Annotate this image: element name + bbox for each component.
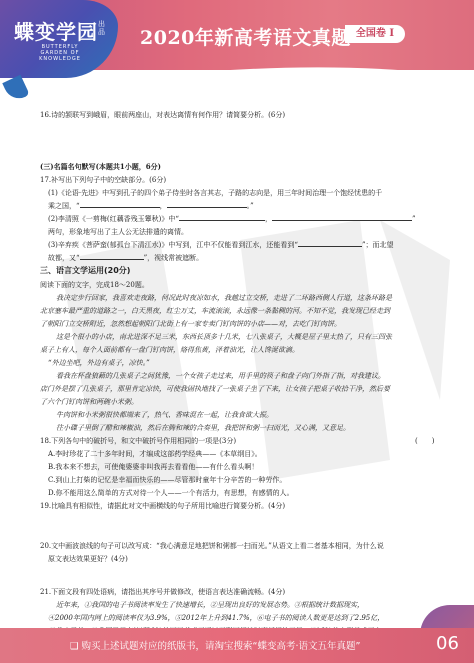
exam-paper-badge: 全国卷 I xyxy=(345,25,405,43)
passage-line: 牛肉饼和小米粥很快都端来了，热气、香味混在一起，让我食欲大振。 xyxy=(56,409,273,422)
answer-blank[interactable] xyxy=(80,252,144,260)
question-17: 17.补写出下列句子中的空缺部分。(6分) xyxy=(40,174,166,187)
q17-2-suffix: ” xyxy=(412,215,416,223)
reading-instruction: 阅读下面的文字，完成18～20题。 xyxy=(40,279,149,292)
question-16: 16.诗的颔联写到峨眉，眼前两座山，对表达离情有何作用？请简要分析。(6分) xyxy=(40,109,285,122)
answer-blank[interactable] xyxy=(272,213,412,221)
brand-logo-en-line2: GARDEN OF KNOWLEDGE xyxy=(30,50,90,62)
passage-line: 看我在杯盘狼藉的几张桌子之间犹豫，一个女孩子走过来，用手里的筷子和盘子向门外指了… xyxy=(56,370,385,383)
answer-blank[interactable] xyxy=(179,213,265,221)
option-a: A.李时珍花了二十多年时间，才编成这部药学经典——《本草纲目》。 xyxy=(48,448,262,461)
q17-2-sep: ， xyxy=(265,215,272,223)
brand-logo-text: 蝶变学园 xyxy=(14,16,98,45)
q21-passage-line: ④2000年国内网上的阅读率仅为3.9%，⑤2012年上升到41.7%，⑥电子书… xyxy=(48,612,384,625)
part-heading-language-use: 三、语言文学运用(20分) xyxy=(40,265,130,278)
question-21: 21.下面文段有四处语病，请指出其序号并做修改，使语言表达准确流畅。(4分) xyxy=(40,586,285,599)
passage-line: 北京塞车最严重的道路之一，白天黑夜，红尘万丈，车流滚滚，永远像一条黏稠的河。不知… xyxy=(40,305,390,318)
question-17-1-line1: (1)《论语·先进》中写到孔子的四个弟子侍坐时各言其志，子路的志向是，用三年时间… xyxy=(48,187,382,200)
answer-blank[interactable] xyxy=(298,239,362,247)
question-19: 19.比喻具有相似性，请据此对文中画横线的句子所用比喻进行简要分析。(4分) xyxy=(40,500,285,513)
question-17-1-line2: 乘之国，“，。” xyxy=(48,200,254,213)
page-number: 06 xyxy=(436,633,459,654)
passage-line: 我决定步行回家，我喜欢走夜路，何况此时夜凉如水，我越过立交桥，走进了二环路西侧人… xyxy=(56,292,392,305)
section-heading-recitation: (三)名篇名句默写(本题共1小题，6分) xyxy=(40,161,161,174)
page-title: 2020年新高考语文真题 xyxy=(140,23,351,50)
option-c: C.到山上打柴的记忆是幸福而快乐的——尽管那时童年十分辛苦的一种劳作。 xyxy=(48,474,286,487)
question-17-2-line1: (2)李清照《一剪梅(红藕香残玉簟秋)》中“，” xyxy=(48,213,416,226)
q17-3b-suffix: ”，视线常被遮断。 xyxy=(144,254,204,262)
passage-line: “外边坐吧，外边有桌子，凉快。” xyxy=(48,357,150,370)
option-d: D.你不能用这么简单的方式对待一个人——一个有活力，有思想，有感情的人。 xyxy=(48,487,294,500)
passage-line: 了六个门钉肉饼和两碗小米粥。 xyxy=(40,396,138,409)
q21-passage-line: 近年来，①我国的电子书阅读率发生了快速增长，②呈现出良好的发展态势。③根据统计数… xyxy=(56,599,364,612)
answer-blank[interactable] xyxy=(167,200,247,208)
q17-1-sep: ， xyxy=(160,202,167,210)
question-20-line2: 原文表达效果更好？(4分) xyxy=(48,553,128,566)
q17-1-suffix: 。” xyxy=(247,202,254,210)
brand-logo-sub: 出品 xyxy=(98,20,106,36)
question-17-2-line2: 两句，形象地写出了主人公无法排遣的离情。 xyxy=(48,226,188,239)
passage-line: 这是个很小的小店，南北进深不足三米，东西长顶多十几米，七八张桌子，大概是屋子里太… xyxy=(56,331,392,344)
passage-line: 了朝阳门立交桥附近，忽然想起朝阳门北街上有一家专卖门钉肉饼的小店——对，去吃门钉… xyxy=(40,318,341,331)
question-20-line1: 20.文中画波浪线的句子可以改写成：“我心满意足地把饼和粥都一扫而光。”从语文上… xyxy=(40,540,384,553)
question-17-3-line2: 故都，又“”，视线常被遮断。 xyxy=(48,252,203,265)
question-18: 18.下列各句中的破折号，和文中破折号作用相同的一项是(3分) xyxy=(40,435,236,448)
passage-line: 店门外是摆了几张桌子，那里肯定凉快，可使我固执地找了一张桌子坐了下来，让女孩子把… xyxy=(40,383,390,396)
answer-bracket[interactable]: ( ) xyxy=(415,435,434,448)
q17-3b-prefix: 故都，又“ xyxy=(48,254,80,262)
page-footer: ❑ 购买上述试题对应的纸版书，请淘宝搜索“蝶变高考·语文五年真题” xyxy=(0,628,474,663)
option-b: B.我本来不想去，可使俺婆婆非叫我再去看看他——有什么看头啊！ xyxy=(48,461,258,474)
q17-2-prefix: (2)李清照《一剪梅(红藕香残玉簟秋)》中“ xyxy=(48,215,179,223)
brand-logo-english: BUTTERFLY GARDEN OF KNOWLEDGE xyxy=(30,44,90,62)
passage-line: 桌子上有人，每个人面前都有一盘门钉肉饼，烙得焦黄，泽着油光，让人馋涎欲滴。 xyxy=(40,344,299,357)
q17-3-prefix: (3)辛弃疾《菩萨蛮(郁孤台下清江水)》中写到，江中不仅能看到江水，还能看到“ xyxy=(48,241,298,249)
footer-promo-text: ❑ 购买上述试题对应的纸版书，请淘宝搜索“蝶变高考·语文五年真题” xyxy=(70,638,360,652)
passage-line: 往小碟子里倒了醋和辣椒油，然后在腾和辣的合奏里，我把饼和粥一扫而光，又心满，又意… xyxy=(56,422,350,435)
question-17-3-line1: (3)辛弃疾《菩萨蛮(郁孤台下清江水)》中写到，江中不仅能看到江水，还能看到“”… xyxy=(48,239,394,252)
q17-3-suffix: ”；而北望 xyxy=(362,241,394,249)
q17-1-prefix: 乘之国，“ xyxy=(48,202,80,210)
answer-blank[interactable] xyxy=(80,200,160,208)
